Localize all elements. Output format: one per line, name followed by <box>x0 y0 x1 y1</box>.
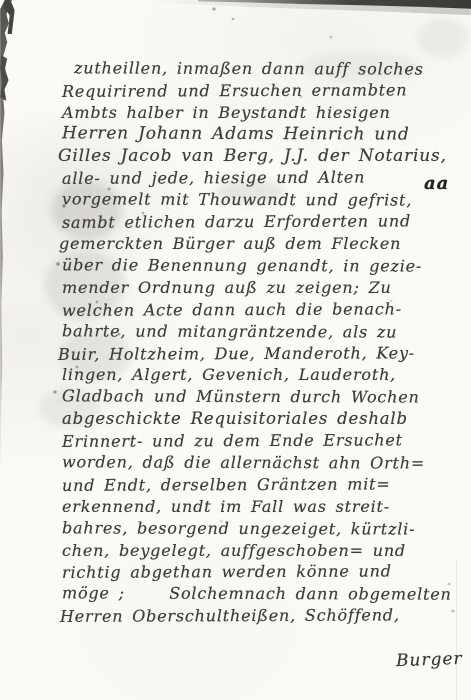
manuscript-line: alle- und jede, hiesige und Alten <box>56 167 464 191</box>
manuscript-line: bahrte, und mitangräntzende, als zu <box>56 320 464 343</box>
manuscript-line: gemerckten Bürger auß dem Flecken <box>56 233 464 255</box>
manuscript-line: chen, beygelegt, auffgeschoben= und <box>56 540 464 562</box>
manuscript-line: richtig abgethan werden könne und <box>56 561 464 585</box>
manuscript-line: abgeschickte Requisitoriales deshalb <box>56 408 464 430</box>
manuscript-line: Buir, Holtzheim, Due, Manderoth, Key- <box>56 342 464 366</box>
manuscript-line: welchen Acte dann auch die benach- <box>56 298 464 322</box>
ink-correction: aa <box>424 173 449 194</box>
manuscript-line: erkennend, undt im Fall was streit- <box>56 496 464 518</box>
manuscript-line: und Endt, derselben Gräntzen mit= <box>56 473 464 497</box>
manuscript-line: sambt etlichen darzu Erforderten und <box>56 210 464 234</box>
manuscript-text: zutheillen, inmaßen dann auff solchesReq… <box>56 58 464 627</box>
manuscript-line: Gilles Jacob van Berg, J.J. der Notarius… <box>56 146 464 168</box>
manuscript-line: bahres, besorgend ungezeiget, kürtzli- <box>56 517 464 540</box>
manuscript-line: Ambts halber in Beystandt hiesigen <box>56 102 464 124</box>
catchword: Burger <box>396 649 463 671</box>
manuscript-line: über die Benennung genandt, in gezie- <box>56 254 464 277</box>
manuscript-line: Erinnert- und zu dem Ende Ersuchet <box>56 429 464 453</box>
paper-specks <box>0 0 2 2</box>
manuscript-page: zutheillen, inmaßen dann auff solchesReq… <box>0 0 471 700</box>
manuscript-line: Gladbach und Münstern durch Wochen <box>56 386 464 409</box>
manuscript-line: lingen, Algert, Gevenich, Lauderoth, <box>56 364 464 386</box>
manuscript-line: möge ; Solchemnach dann obgemelten <box>56 583 464 606</box>
manuscript-line: mender Ordnung auß zu zeigen; Zu <box>56 277 464 299</box>
manuscript-line: Requirirend und Ersuchen ernambten <box>56 79 464 103</box>
paper-smudge <box>418 18 468 58</box>
manuscript-line: vorgemelt mit Thouwandt und gefrist, <box>56 189 464 212</box>
manuscript-line: zutheillen, inmaßen dann auff solches <box>56 57 464 80</box>
manuscript-line: Herren Oberschultheißen, Schöffend, <box>56 604 464 628</box>
manuscript-line: worden, daß die allernächst ahn Orth= <box>56 451 464 474</box>
manuscript-line: Herren Johann Adams Heinrich und <box>56 123 464 146</box>
